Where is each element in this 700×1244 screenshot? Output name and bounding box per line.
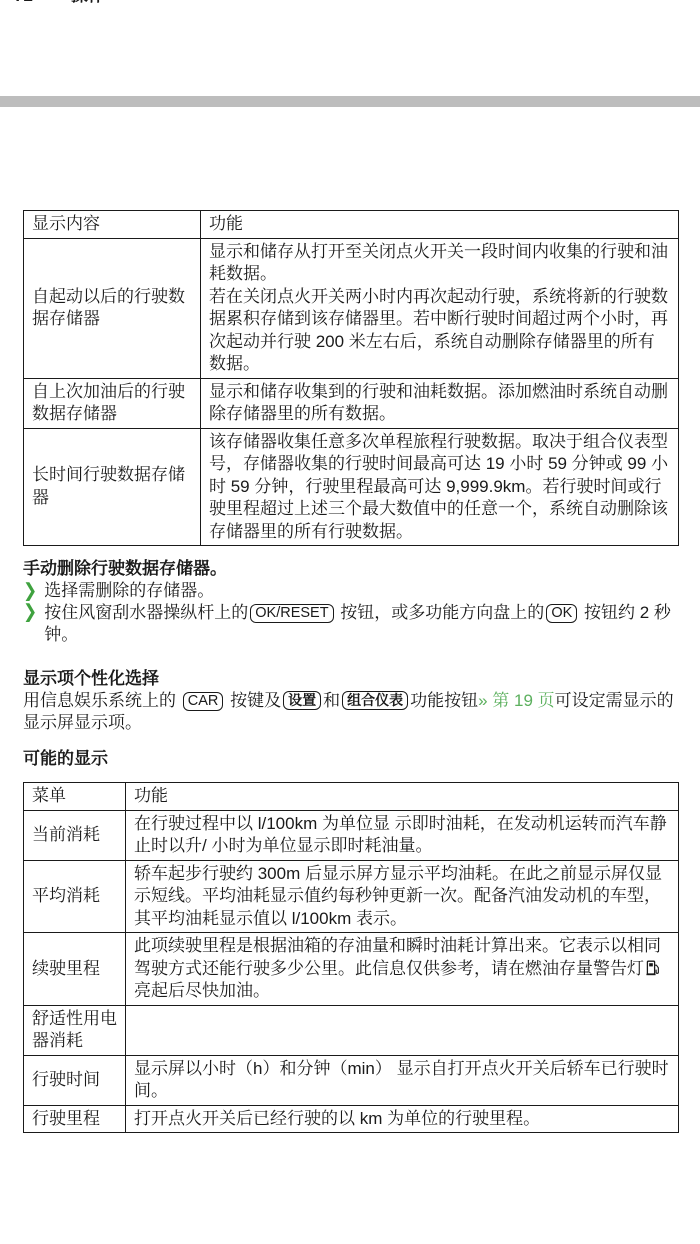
row-label: 自上次加油后的行驶数据存储器 [24,378,201,428]
personalization-paragraph: 用信息娱乐系统上的 CAR 按键及设置和组合仪表功能按钮» 第 19 页可设定需… [23,690,679,734]
column-header: 菜单 [24,783,126,811]
row-label: 自起动以后的行驶数据存储器 [24,238,201,378]
table-row: 自起动以后的行驶数据存储器 显示和储存从打开至关闭点火开关一段时间内收集的行驶和… [24,238,679,378]
paragraph-segment: 和 [323,691,340,710]
table-row: 舒适性用电器消耗 [24,1005,679,1055]
row-label: 当前消耗 [24,810,126,860]
table-row: 当前消耗 在行驶过程中以 l/100km 为单位显 示即时油耗，在发动机运转而汽… [24,810,679,860]
car-key: CAR [183,692,224,712]
page-number: 72 [14,0,33,5]
row-label: 行驶里程 [24,1105,126,1133]
table-header-row: 菜单 功能 [24,783,679,811]
possible-displays-title: 可能的显示 [23,748,679,770]
ok-key: OK [546,604,577,624]
page-content: 显示内容 功能 自起动以后的行驶数据存储器 显示和储存从打开至关闭点火开关一段时… [23,210,679,1133]
row-description: 此项续驶里程是根据油箱的存油量和瞬时油耗计算出来。它表示以相同驾驶方式还能行驶多… [126,933,679,1006]
row-description: 打开点火开关后已经行驶的以 km 为单位的行驶里程。 [126,1105,679,1133]
list-item: ❯ 选择需删除的存储器。 [23,580,679,602]
cell-text-segment: 亮起后尽快加油。 [134,981,270,1000]
row-description: 显示和储存收集到的行驶和油耗数据。添加燃油时系统自动删除存储器里的所有数据。 [201,378,679,428]
table-row: 行驶里程 打开点火开关后已经行驶的以 km 为单位的行驶里程。 [24,1105,679,1133]
table-header-row: 显示内容 功能 [24,211,679,239]
column-header: 显示内容 [24,211,201,239]
table-row: 续驶里程 此项续驶里程是根据油箱的存油量和瞬时油耗计算出来。它表示以相同驾驶方式… [24,933,679,1006]
row-label: 行驶时间 [24,1055,126,1105]
instrument-cluster-key: 组合仪表 [342,691,408,711]
divider-bar [0,96,700,107]
table-row: 行驶时间 显示屏以小时（h）和分钟（min） 显示自打开点火开关后轿车已行驶时间… [24,1055,679,1105]
step-text-segment: 按住风窗刮水器操纵杆上的 [44,603,248,622]
row-description: 显示屏以小时（h）和分钟（min） 显示自打开点火开关后轿车已行驶时间。 [126,1055,679,1105]
step-text: 按住风窗刮水器操纵杆上的OK/RESET 按钮，或多功能方向盘上的OK 按钮约 … [44,602,679,646]
row-description [126,1005,679,1055]
row-description: 显示和储存从打开至关闭点火开关一段时间内收集的行驶和油耗数据。 若在关闭点火开关… [201,238,679,378]
table-row: 平均消耗 轿车起步行驶约 300m 后显示屏方显示平均油耗。在此之前显示屏仅显示… [24,860,679,933]
step-text-segment: 按钮，或多功能方向盘上的 [336,603,545,622]
fuel-pump-warning-icon [645,960,661,976]
list-item: ❯ 按住风窗刮水器操纵杆上的OK/RESET 按钮，或多功能方向盘上的OK 按钮… [23,602,679,646]
cell-text-segment: 此项续驶里程是根据油箱的存油量和瞬时油耗计算出来。它表示以相同驾驶方式还能行驶多… [134,936,661,978]
table-row: 自上次加油后的行驶数据存储器 显示和储存收集到的行驶和油耗数据。添加燃油时系统自… [24,378,679,428]
column-header: 功能 [201,211,679,239]
settings-key: 设置 [283,691,321,711]
column-header: 功能 [126,783,679,811]
manual-delete-title: 手动删除行驶数据存储器。 [23,558,679,580]
row-description: 在行驶过程中以 l/100km 为单位显 示即时油耗，在发动机运转而汽车静止时以… [126,810,679,860]
row-description: 该存储器收集任意多次单程旅程行驶数据。取决于组合仪表型号，存储器收集的行驶时间最… [201,428,679,546]
row-label: 续驶里程 [24,933,126,1006]
paragraph-segment: 用信息娱乐系统上的 [23,691,181,710]
step-text: 选择需删除的存储器。 [44,580,214,602]
ok-reset-key: OK/RESET [250,604,333,624]
personalization-title: 显示项个性化选择 [23,668,679,690]
step-bullet-icon: ❯ [23,600,37,648]
row-label: 长时间行驶数据存储器 [24,428,201,546]
paragraph-segment: 按键及 [225,691,281,710]
table-row: 长时间行驶数据存储器 该存储器收集任意多次单程旅程行驶数据。取决于组合仪表型号，… [24,428,679,546]
section-title: 操作 [71,0,105,5]
trip-memory-table: 显示内容 功能 自起动以后的行驶数据存储器 显示和储存从打开至关闭点火开关一段时… [23,210,679,546]
row-description: 轿车起步行驶约 300m 后显示屏方显示平均油耗。在此之前显示屏仅显示短线。平均… [126,860,679,933]
page-header: 72操作 [14,0,105,6]
menu-function-table: 菜单 功能 当前消耗 在行驶过程中以 l/100km 为单位显 示即时油耗，在发… [23,782,679,1133]
row-label: 平均消耗 [24,860,126,933]
paragraph-segment: 功能按钮 [410,691,478,710]
page-reference-link[interactable]: » 第 19 页 [478,691,555,710]
row-label: 舒适性用电器消耗 [24,1005,126,1055]
